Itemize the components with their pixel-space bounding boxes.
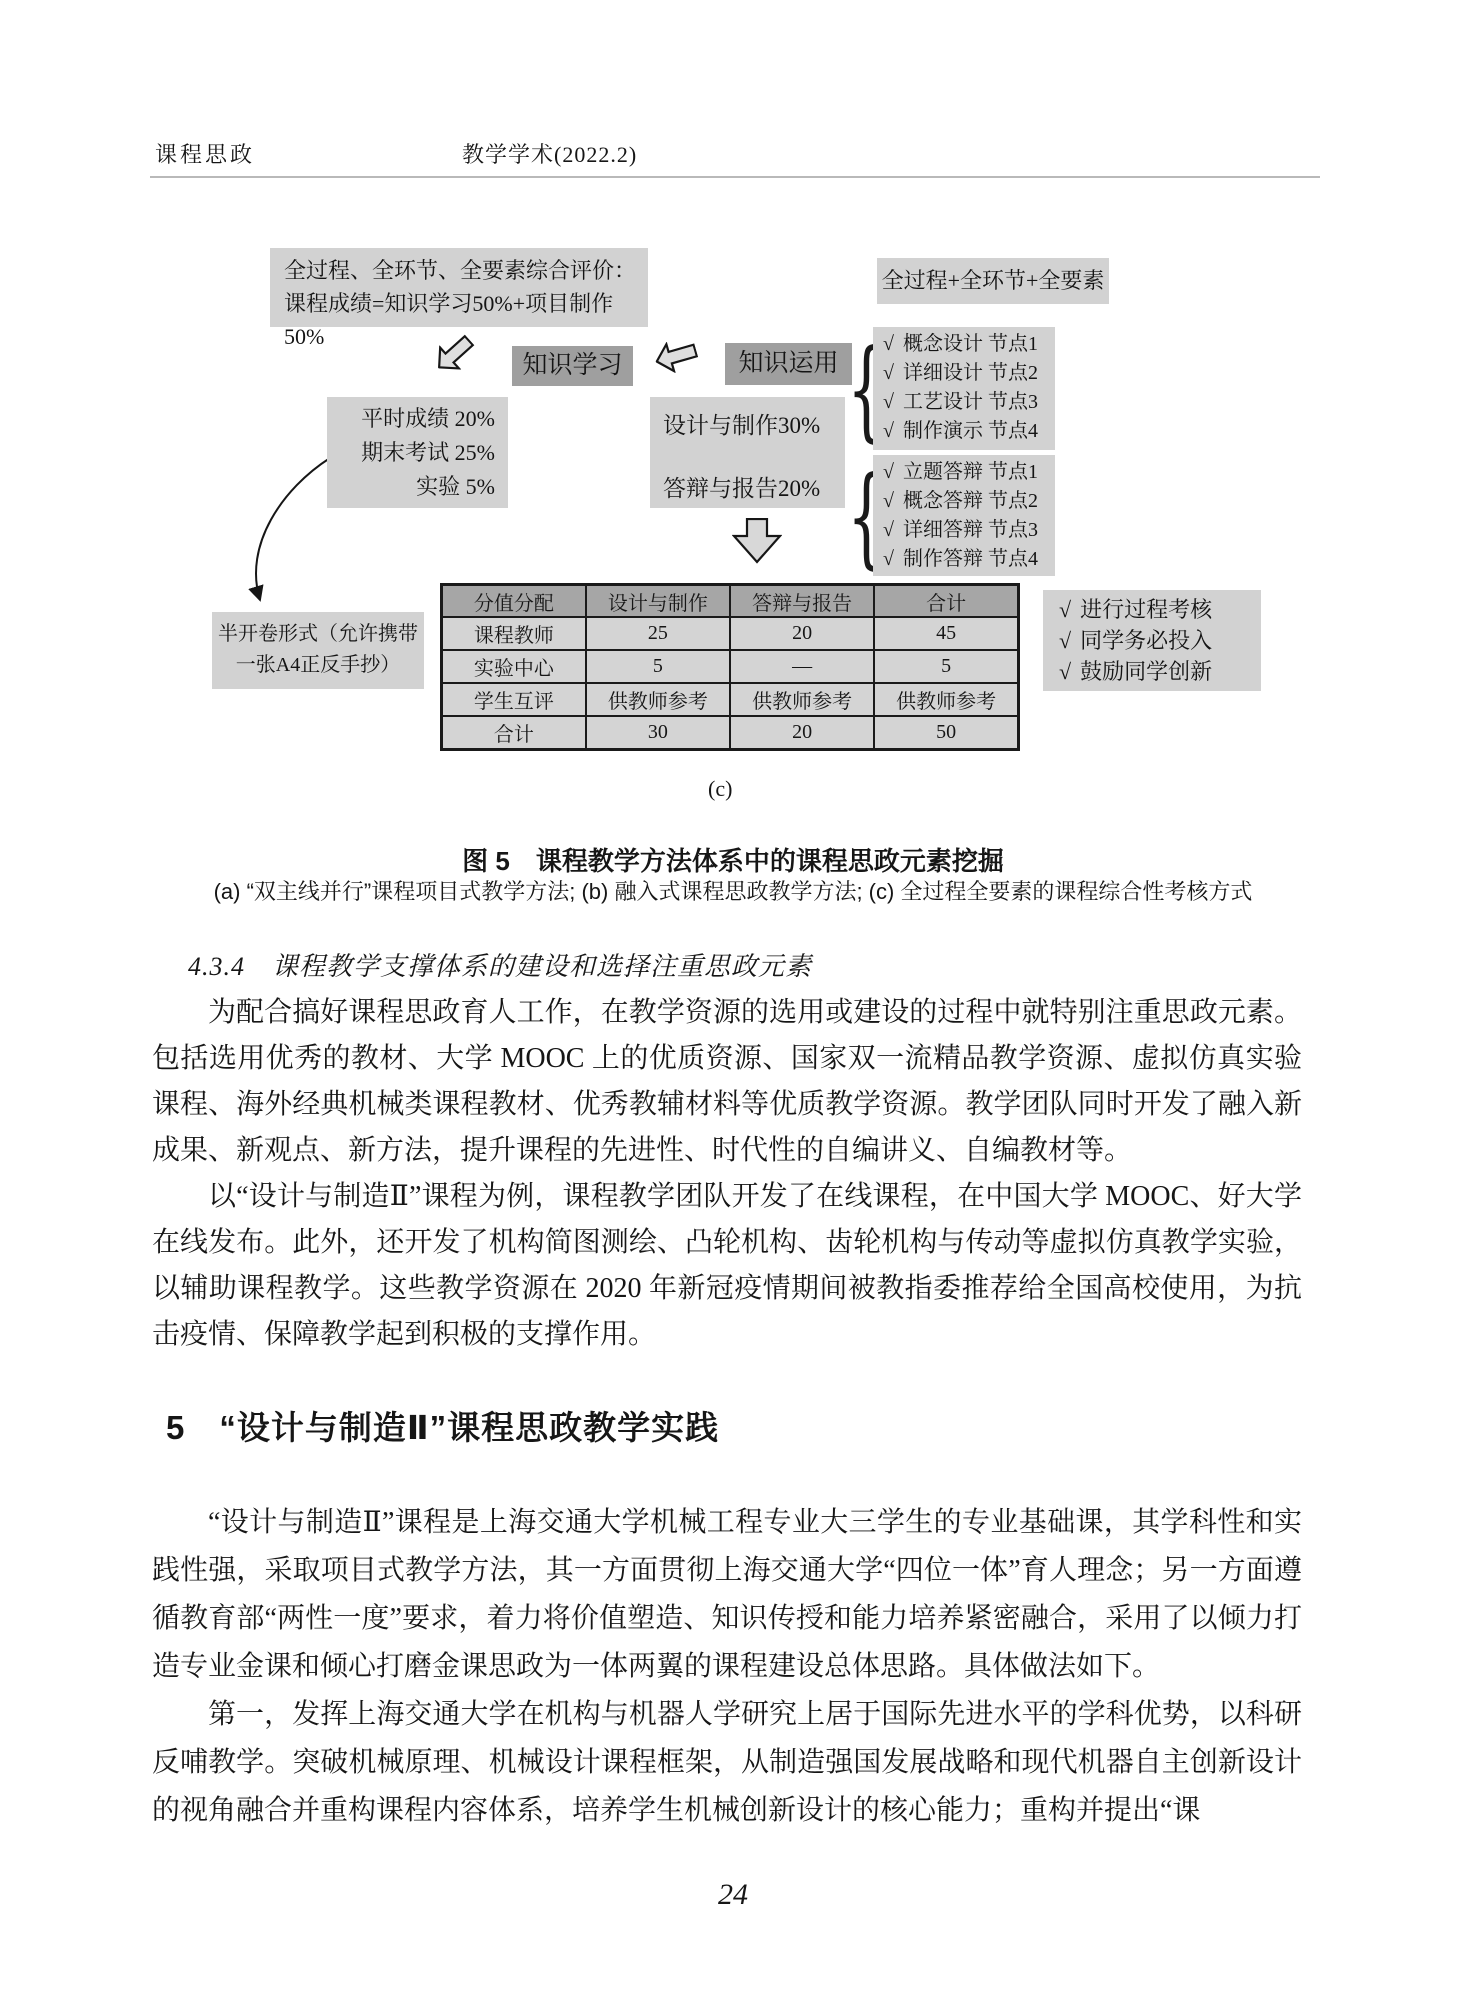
overall-evaluation-box: 全过程、全环节、全要素综合评价： 课程成绩=知识学习50%+项目制作50%	[270, 248, 648, 327]
check-icon: √	[883, 388, 894, 417]
score-item: 平时成绩 20%	[327, 402, 495, 436]
check-icon: √	[1059, 625, 1071, 656]
paragraph: 以“设计与制造Ⅱ”课程为例，课程教学团队开发了在线课程，在中国大学 MOOC、好…	[152, 1174, 1302, 1358]
project-line-2: 答辩与报告20%	[663, 470, 845, 503]
assessment-principles-list: √进行过程考核 √同学务必投入 √鼓励同学创新	[1043, 590, 1261, 691]
list-item: √详细答辩 节点3	[883, 516, 1055, 545]
list-item-label: 概念答辩 节点2	[903, 490, 1038, 512]
table-cell: —	[730, 650, 874, 683]
block-arrow-left-icon	[651, 335, 700, 377]
table-row: 实验中心 5 — 5	[442, 650, 1019, 683]
list-item: √制作演示 节点4	[883, 417, 1055, 446]
header-rule	[150, 176, 1320, 178]
list-item: √概念答辩 节点2	[883, 487, 1055, 516]
table-cell: 5	[586, 650, 730, 683]
list-item-label: 立题答辩 节点1	[903, 461, 1038, 483]
table-header-row: 分值分配 设计与制作 答辩与报告 合计	[442, 585, 1019, 618]
table-cell: 45	[874, 617, 1018, 650]
list-item: √制作答辩 节点4	[883, 545, 1055, 574]
list-item: √工艺设计 节点3	[883, 388, 1055, 417]
list-item: √同学务必投入	[1059, 625, 1261, 656]
half-open-exam-box: 半开卷形式（允许携带 一张A4正反手抄）	[212, 612, 424, 689]
score-item: 实验 5%	[327, 470, 495, 504]
check-icon: √	[883, 330, 894, 359]
article-page: 课程思政 教学学术(2022.2) 全过程、全环节、全要素综合评价： 课程成绩=…	[0, 0, 1466, 2011]
table-cell: 30	[586, 716, 730, 750]
list-item-label: 同学务必投入	[1080, 628, 1212, 653]
body-text-column: 4.3.4 课程教学支撑体系的建设和选择注重思政元素 为配合搞好课程思政育人工作…	[152, 944, 1302, 1835]
table-cell: 供教师参考	[586, 683, 730, 716]
list-item: √概念设计 节点1	[883, 330, 1055, 359]
list-item-label: 制作演示 节点4	[903, 420, 1038, 442]
list-item-label: 概念设计 节点1	[903, 333, 1038, 355]
check-icon: √	[883, 516, 894, 545]
table-cell: 课程教师	[442, 617, 586, 650]
list-item-label: 工艺设计 节点3	[903, 391, 1038, 413]
score-item: 期末考试 25%	[327, 436, 495, 470]
list-item-label: 制作答辩 节点4	[903, 548, 1038, 570]
subsection-heading-434: 4.3.4 课程教学支撑体系的建设和选择注重思政元素	[152, 944, 1302, 990]
list-item: √立题答辩 节点1	[883, 458, 1055, 487]
check-icon: √	[883, 359, 894, 388]
list-item: √详细设计 节点2	[883, 359, 1055, 388]
table-cell: 5	[874, 650, 1018, 683]
check-icon: √	[883, 458, 894, 487]
score-allocation-table: 分值分配 设计与制作 答辩与报告 合计 课程教师 25 20 45 实验中心 5…	[440, 583, 1020, 751]
figure-caption-subtitle: (a) “双主线并行”课程项目式教学方法; (b) 融入式课程思政教学方法; (…	[0, 875, 1466, 906]
figure-c-assessment-diagram: 全过程、全环节、全要素综合评价： 课程成绩=知识学习50%+项目制作50% 全过…	[133, 240, 1343, 818]
paragraph: 第一，发挥上海交通大学在机构与机器人学研究上居于国际先进水平的学科优势，以科研反…	[152, 1691, 1302, 1835]
table-cell: 实验中心	[442, 650, 586, 683]
design-nodes-list: √概念设计 节点1 √详细设计 节点2 √工艺设计 节点3 √制作演示 节点4	[873, 327, 1055, 450]
block-arrow-down-icon	[732, 518, 782, 564]
check-icon: √	[1059, 656, 1071, 687]
eval-line-1: 全过程、全环节、全要素综合评价：	[284, 254, 648, 287]
table-cell: 供教师参考	[730, 683, 874, 716]
table-cell: 50	[874, 716, 1018, 750]
table-row: 学生互评 供教师参考 供教师参考 供教师参考	[442, 683, 1019, 716]
full-process-box: 全过程+全环节+全要素	[877, 258, 1109, 304]
project-line-1: 设计与制作30%	[663, 407, 845, 440]
knowledge-learning-box: 知识学习	[512, 346, 633, 386]
table-header-cell: 答辩与报告	[730, 585, 874, 618]
table-cell: 学生互评	[442, 683, 586, 716]
table-header-cell: 设计与制作	[586, 585, 730, 618]
defense-nodes-list: √立题答辩 节点1 √概念答辩 节点2 √详细答辩 节点3 √制作答辩 节点4	[873, 455, 1055, 576]
running-head-journal: 教学学术(2022.2)	[462, 138, 637, 169]
paragraph: 为配合搞好课程思政育人工作，在教学资源的选用或建设的过程中就特别注重思政元素。包…	[152, 990, 1302, 1174]
check-icon: √	[883, 417, 894, 446]
list-item-label: 详细设计 节点2	[903, 362, 1038, 384]
page-number: 24	[0, 1878, 1466, 1912]
project-weights-box: 设计与制作30% 答辩与报告20%	[650, 397, 845, 508]
list-item-label: 进行过程考核	[1080, 597, 1212, 622]
table-cell: 25	[586, 617, 730, 650]
subfigure-label-c: (c)	[708, 776, 732, 802]
table-row: 合计 30 20 50	[442, 716, 1019, 750]
list-item-label: 鼓励同学创新	[1080, 659, 1212, 684]
exam-scores-box: 平时成绩 20% 期末考试 25% 实验 5%	[327, 397, 508, 508]
table-row: 课程教师 25 20 45	[442, 617, 1019, 650]
running-head-section: 课程思政	[155, 138, 255, 169]
knowledge-application-box: 知识运用	[725, 343, 852, 385]
section-heading-5: 5 “设计与制造Ⅱ”课程思政教学实践	[166, 1402, 1302, 1449]
list-item-label: 详细答辩 节点3	[903, 519, 1038, 541]
check-icon: √	[1059, 594, 1071, 625]
table-cell: 20	[730, 617, 874, 650]
table-cell: 供教师参考	[874, 683, 1018, 716]
check-icon: √	[883, 545, 894, 574]
check-icon: √	[883, 487, 894, 516]
half-open-line-1: 半开卷形式（允许携带	[212, 619, 424, 650]
table-header-cell: 分值分配	[442, 585, 586, 618]
table-header-cell: 合计	[874, 585, 1018, 618]
table-cell: 20	[730, 716, 874, 750]
table-cell: 合计	[442, 716, 586, 750]
half-open-line-2: 一张A4正反手抄）	[212, 650, 424, 681]
paragraph: “设计与制造Ⅱ”课程是上海交通大学机械工程专业大三学生的专业基础课，其学科性和实…	[152, 1499, 1302, 1691]
list-item: √鼓励同学创新	[1059, 656, 1261, 687]
list-item: √进行过程考核	[1059, 594, 1261, 625]
figure-caption-title: 图 5 课程教学方法体系中的课程思政元素挖掘	[0, 841, 1466, 878]
